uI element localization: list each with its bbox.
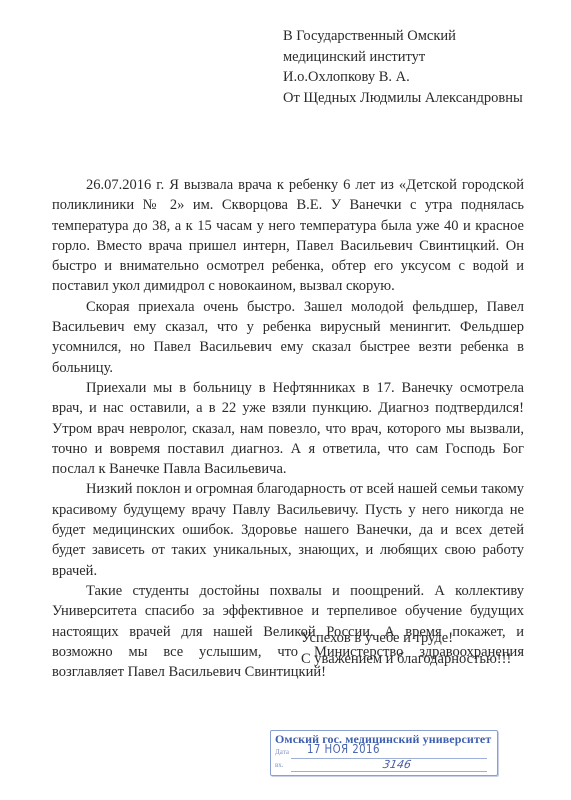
stamp-number-label: вх.	[275, 761, 284, 769]
stamp-number-line	[291, 771, 487, 772]
closing-line: С уважением и благодарностью!!!	[301, 649, 511, 670]
stamp-date-label: Дата	[275, 748, 289, 756]
sender-line: От Щедных Людмилы Александровны	[283, 88, 523, 109]
stamp-date-value: 17 НОЯ 2016	[307, 742, 380, 756]
addressee-line: В Государственный Омский	[283, 26, 523, 47]
letter-paragraph: Низкий поклон и огромная благодарность о…	[52, 479, 524, 580]
stamp-number-value: 3146	[382, 758, 412, 771]
letter-paragraph: Приехали мы в больницу в Нефтянниках в 1…	[52, 378, 524, 479]
closing-block: Успехов в учебе и труде! С уважением и б…	[301, 628, 511, 670]
registration-stamp: Омский гос. медицинский университет Дата…	[270, 730, 498, 776]
closing-line: Успехов в учебе и труде!	[301, 628, 511, 649]
addressee-line: медицинский институт	[283, 47, 523, 68]
letter-body: 26.07.2016 г. Я вызвала врача к ребенку …	[52, 175, 524, 682]
letter-paragraph: 26.07.2016 г. Я вызвала врача к ребенку …	[52, 175, 524, 297]
addressee-block: В Государственный Омский медицинский инс…	[283, 26, 523, 108]
letter-paragraph: Скорая приехала очень быстро. Зашел моло…	[52, 297, 524, 378]
addressee-line: И.о.Охлопкову В. А.	[283, 67, 523, 88]
